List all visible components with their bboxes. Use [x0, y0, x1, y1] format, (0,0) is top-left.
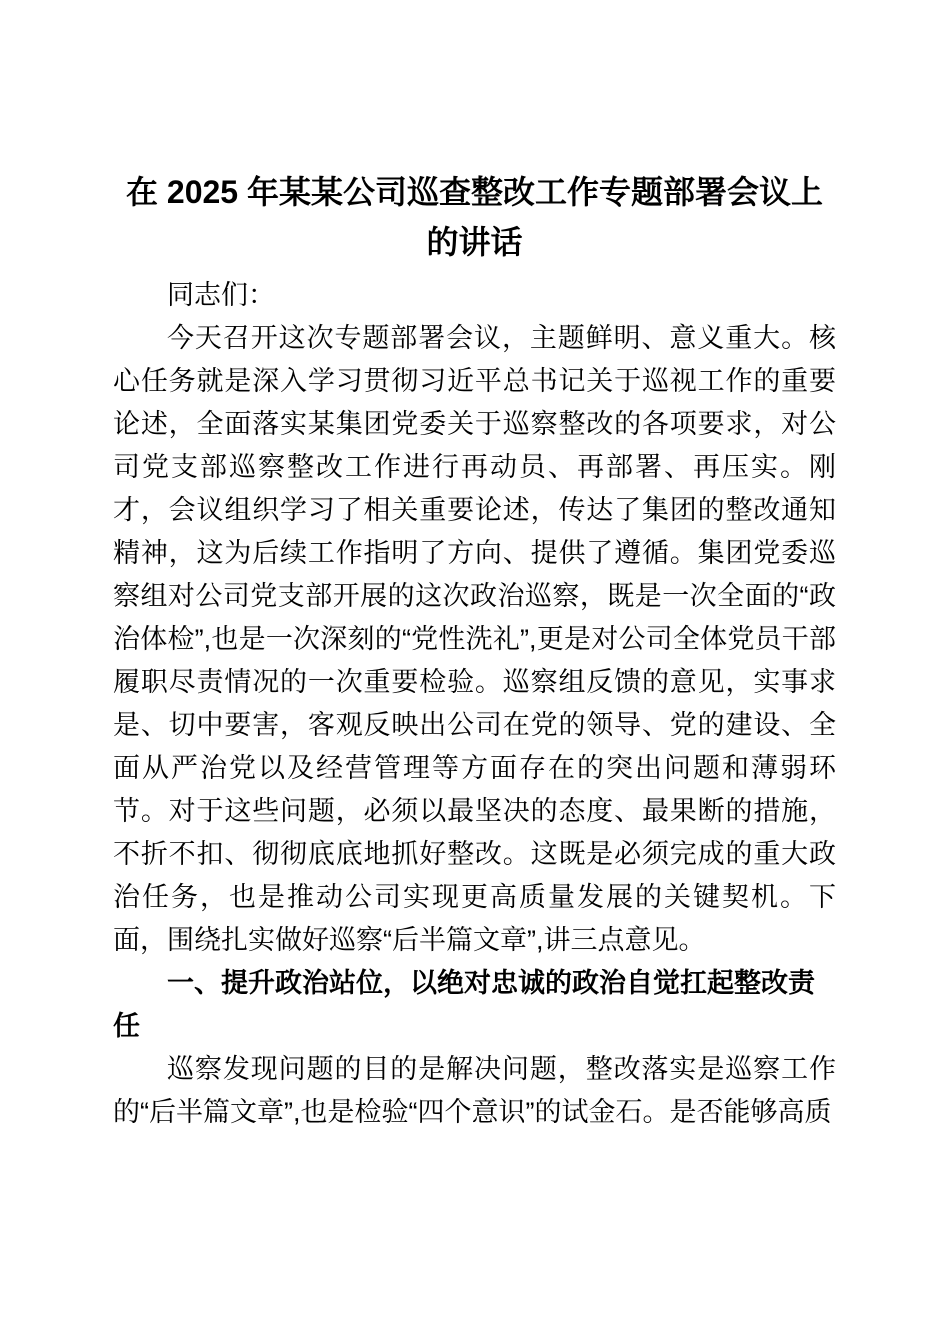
section-heading-1: 一、提升政治站位，以绝对忠诚的政治自觉扛起整改责任 — [113, 962, 836, 1048]
document-title: 在 2025 年某某公司巡查整改工作专题部署会议上的讲话 — [113, 167, 836, 267]
document-page: 在 2025 年某某公司巡查整改工作专题部署会议上的讲话 同志们： 今天召开这次… — [0, 0, 950, 1344]
salutation: 同志们： — [113, 274, 836, 317]
paragraph-opening: 今天召开这次专题部署会议，主题鲜明、意义重大。核心任务就是深入学习贯彻习近平总书… — [113, 317, 836, 962]
document-content: 在 2025 年某某公司巡查整改工作专题部署会议上的讲话 同志们： 今天召开这次… — [113, 0, 836, 1134]
paragraph-section-1-body: 巡察发现问题的目的是解决问题，整改落实是巡察工作的“后半篇文章”,也是检验“四个… — [113, 1048, 836, 1134]
